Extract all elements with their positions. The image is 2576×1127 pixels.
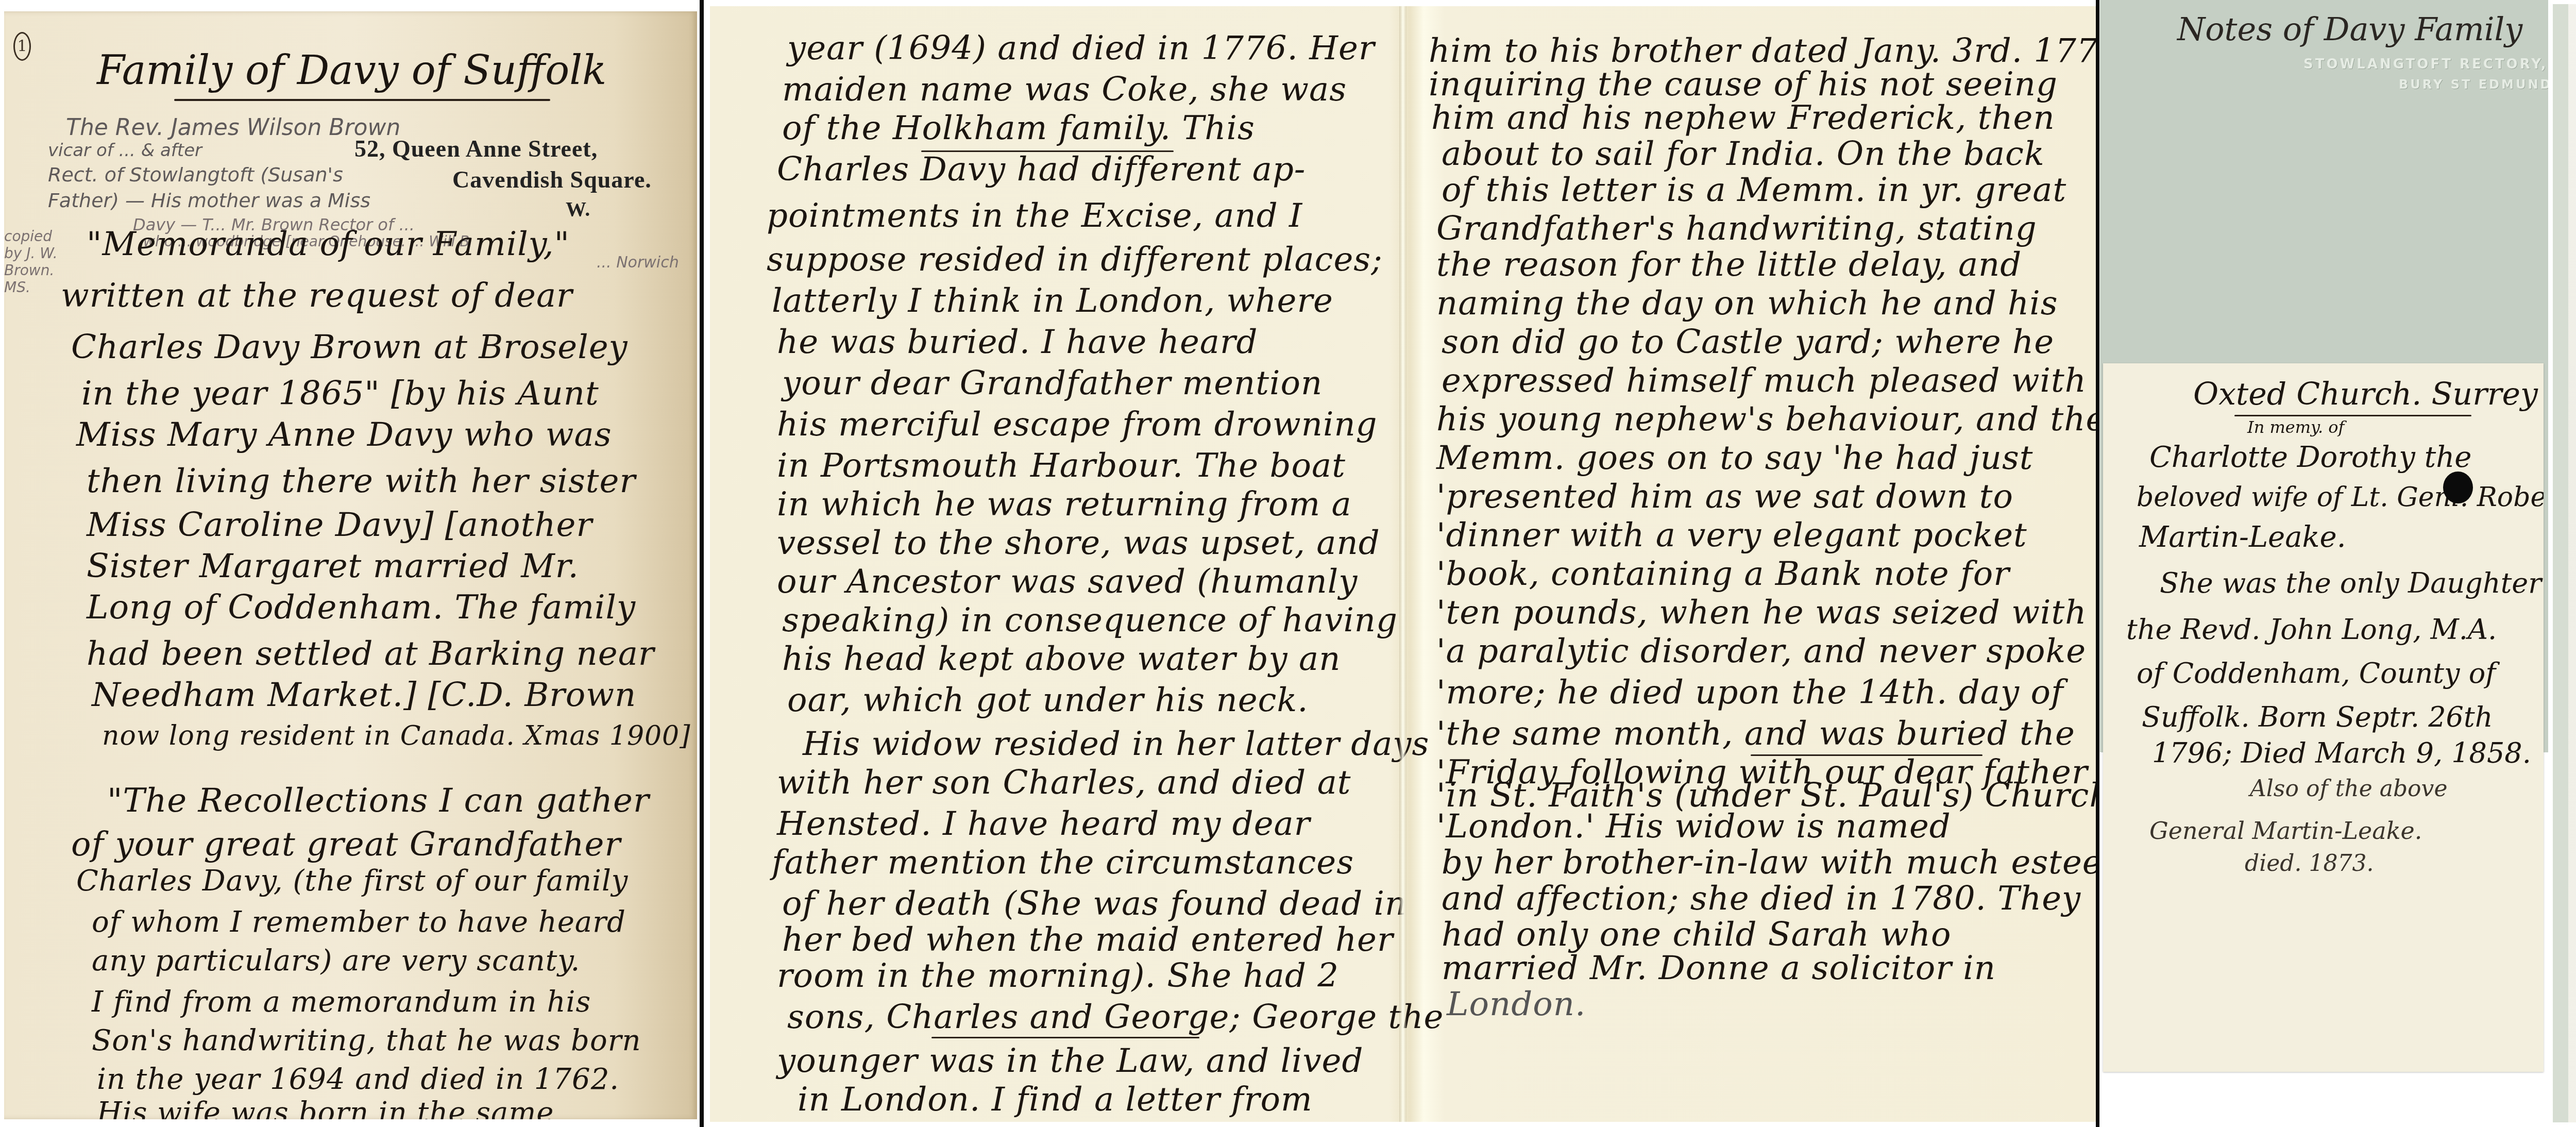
text-line: maiden name was Coke, she was bbox=[782, 73, 1347, 106]
text-line: your dear Grandfather mention bbox=[782, 367, 1323, 400]
panel-divider bbox=[700, 0, 704, 1127]
text-line: had only one child Sarah who bbox=[1442, 918, 1952, 951]
card-general-line: General Martin-Leake. bbox=[2149, 817, 2422, 845]
text-line: the reason for the little delay, and bbox=[1436, 248, 2022, 281]
text-line: 'presented him as we sat down to bbox=[1436, 480, 2013, 513]
text-line: his merciful escape from drowning bbox=[777, 408, 1378, 441]
envelope-handwritten-title: Notes of Davy Family bbox=[2177, 10, 2522, 48]
text-line: any particulars) are very scanty. bbox=[92, 947, 580, 975]
text-line: son did go to Castle yard; where he bbox=[1442, 326, 2054, 359]
card-line: She was the only Daughter of bbox=[2160, 567, 2544, 599]
text-line: 'London.' His widow is named bbox=[1436, 810, 1951, 843]
tissue-sheet-crest: C. Davy church Great Grandfather of Rev.… bbox=[2553, 4, 2576, 1122]
text-line: expressed himself much pleased with bbox=[1442, 364, 2087, 397]
text-line: and affection; she died in 1780. They bbox=[1442, 882, 2081, 915]
text-line: younger was in the Law, and lived bbox=[777, 1045, 1363, 1078]
text-line: "The Recollections I can gather bbox=[107, 784, 650, 817]
pencil-note-margin: copied by J. W. Brown. MS. bbox=[4, 228, 66, 296]
page-title: Family of Davy of Suffolk bbox=[97, 47, 606, 94]
text-line: Memm. goes on to say 'he had just bbox=[1436, 442, 2033, 475]
pencil-note: ... Norwich bbox=[597, 254, 679, 272]
card-subtitle: In memy. of bbox=[2247, 417, 2344, 437]
text-line: I find from a memorandum in his bbox=[92, 988, 591, 1017]
text-line: 'a paralytic disorder, and never spoke bbox=[1436, 635, 2086, 668]
text-line: Hensted. I have heard my dear bbox=[777, 808, 1310, 840]
text-line: Miss Caroline Davy] [another bbox=[87, 509, 592, 542]
text-line: Charles Davy, (the first of our family bbox=[76, 867, 628, 896]
text-line: his young nephew's behaviour, and the bbox=[1436, 403, 2096, 436]
embossed-address: STOWLANGTOFT RECTORY, bbox=[2303, 57, 2548, 72]
text-line: he was buried. I have heard bbox=[777, 326, 1258, 359]
text-line: latterly I think in London, where bbox=[772, 284, 1333, 317]
text-line: Miss Mary Anne Davy who was bbox=[76, 418, 612, 451]
text-line: 'book, containing a Bank note for bbox=[1436, 558, 2010, 591]
text-line: with her son Charles, and died at bbox=[777, 766, 1351, 799]
text-line: in Portsmouth Harbour. The boat bbox=[777, 449, 1346, 482]
text-line: His wife was born in the same bbox=[97, 1099, 554, 1119]
text-line: him to his brother dated Jany. 3rd. 1775 bbox=[1429, 35, 2096, 68]
text-line: naming the day on which he and his bbox=[1436, 287, 2058, 320]
ink-blot bbox=[2443, 472, 2473, 503]
page-1-sheet: 1 Family of Davy of Suffolk The Rev. Jam… bbox=[4, 11, 697, 1119]
text-line: by her brother-in-law with much esteem bbox=[1442, 846, 2096, 879]
text-line: now long resident in Canada. Xmas 1900] bbox=[102, 722, 690, 749]
card-line: Suffolk. Born Septr. 26th bbox=[2142, 701, 2493, 733]
page-fold bbox=[1399, 6, 1406, 1122]
text-line: speaking) in consequence of having bbox=[782, 604, 1398, 637]
envelope-top: Notes of Davy Family STOWLANGTOFT RECTOR… bbox=[2100, 0, 2548, 392]
text-line: 'ten pounds, when he was seized with bbox=[1436, 596, 2087, 629]
embossed-address: BURY ST EDMUNDS. bbox=[2399, 77, 2548, 92]
pencil-note: The Rev. James Wilson Brown bbox=[66, 114, 400, 141]
text-line: him and his nephew Frederick, then bbox=[1431, 102, 2055, 134]
pencil-note: Rect. of Stowlangtoft (Susan's bbox=[48, 163, 343, 186]
text-line: London. bbox=[1447, 988, 1586, 1021]
text-line: in the year 1865" [by his Aunt bbox=[81, 377, 599, 410]
card-died-line: died. 1873. bbox=[2245, 850, 2374, 877]
text-line: of this letter is a Memm. in yr. great bbox=[1442, 174, 2066, 207]
text-line: of her death (She was found dead in bbox=[782, 887, 1406, 920]
letterhead-address: W. bbox=[566, 197, 590, 221]
text-line: suppose resided in different places; bbox=[767, 243, 1383, 276]
text-line: oar, which got under his neck. bbox=[787, 684, 1309, 717]
text-line: room in the morning). She had 2 bbox=[777, 960, 1339, 993]
card-line: Martin-Leake. bbox=[2139, 520, 2346, 554]
text-line: 'the same month, and was buried the bbox=[1436, 717, 2075, 750]
text-line: "Memoranda of our Family," bbox=[87, 228, 570, 261]
text-line: Charles Davy had different ap- bbox=[777, 153, 1306, 186]
text-line: vessel to the shore, was upset, and bbox=[777, 527, 1380, 560]
text-line: father mention the circumstances bbox=[772, 846, 1354, 879]
letterhead-address: 52, Queen Anne Street, bbox=[354, 135, 598, 162]
text-line: in which he was returning from a bbox=[777, 488, 1352, 521]
text-line: our Ancestor was saved (humanly bbox=[777, 565, 1358, 598]
text-line: her bed when the maid entered her bbox=[782, 923, 1394, 956]
text-line: Sister Margaret married Mr. bbox=[87, 550, 579, 583]
text-line: His widow resided in her latter days bbox=[803, 728, 1429, 761]
text-line: his head kept above water by an bbox=[782, 643, 1341, 676]
memorial-card: Oxted Church. Surrey In memy. of Charlot… bbox=[2103, 363, 2544, 1072]
text-line: 'dinner with a very elegant pocket bbox=[1436, 519, 2027, 552]
card-line: the Revd. John Long, M.A. bbox=[2126, 613, 2497, 646]
text-line: then living there with her sister bbox=[87, 465, 636, 498]
text-line: sons, Charles and George; George the bbox=[787, 1001, 1444, 1034]
text-line: of your great great Grandfather bbox=[71, 828, 621, 861]
text-line: 'more; he died upon the 14th. day of bbox=[1436, 676, 2064, 709]
title-underline bbox=[2234, 415, 2471, 416]
card-line: of Coddenham, County of bbox=[2137, 657, 2496, 689]
text-line: Charles Davy Brown at Broseley bbox=[71, 331, 628, 364]
panel-divider bbox=[2096, 0, 2099, 1127]
text-line: Needham Market.] [C.D. Brown bbox=[92, 679, 636, 712]
text-line: Grandfather's handwriting, stating bbox=[1436, 212, 2037, 245]
card-line: beloved wife of Lt. Genl. Robert bbox=[2137, 482, 2544, 513]
pencil-note: vicar of ... & after bbox=[48, 140, 202, 161]
text-line: year (1694) and died in 1776. Her bbox=[787, 32, 1375, 65]
text-line: of whom I remember to have heard bbox=[92, 908, 626, 937]
text-line: of the Holkham family. This bbox=[782, 112, 1255, 145]
text-line: married Mr. Donne a solicitor in bbox=[1442, 952, 1996, 985]
underline bbox=[931, 1037, 1199, 1038]
text-line: written at the request of dear bbox=[61, 279, 573, 312]
title-underline bbox=[174, 99, 550, 101]
text-line: Son's handwriting, that he was born bbox=[92, 1027, 641, 1055]
card-line: 1796; Died March 9, 1858. bbox=[2152, 737, 2531, 769]
text-line: about to sail for India. On the back bbox=[1442, 138, 2045, 171]
page-2-3-sheet: year (1694) and died in 1776. Her maiden… bbox=[710, 6, 2096, 1122]
pencil-note: Father) — His mother was a Miss bbox=[48, 189, 370, 212]
text-line: inquiring the cause of his not seeing bbox=[1429, 68, 2058, 101]
card-also-line: Also of the above bbox=[2250, 776, 2448, 802]
text-line: in the year 1694 and died in 1762. bbox=[97, 1065, 619, 1094]
text-line: Long of Coddenham. The family bbox=[87, 591, 636, 624]
page-number-badge: 1 bbox=[13, 32, 31, 61]
card-title: Oxted Church. Surrey bbox=[2193, 376, 2538, 412]
text-line: pointments in the Excise, and I bbox=[767, 199, 1302, 232]
text-line: in London. I find a letter from bbox=[798, 1083, 1313, 1116]
text-line: had been settled at Barking near bbox=[87, 637, 654, 670]
letterhead-address: Cavendish Square. bbox=[452, 166, 652, 193]
card-line: Charlotte Dorothy the bbox=[2149, 441, 2471, 474]
